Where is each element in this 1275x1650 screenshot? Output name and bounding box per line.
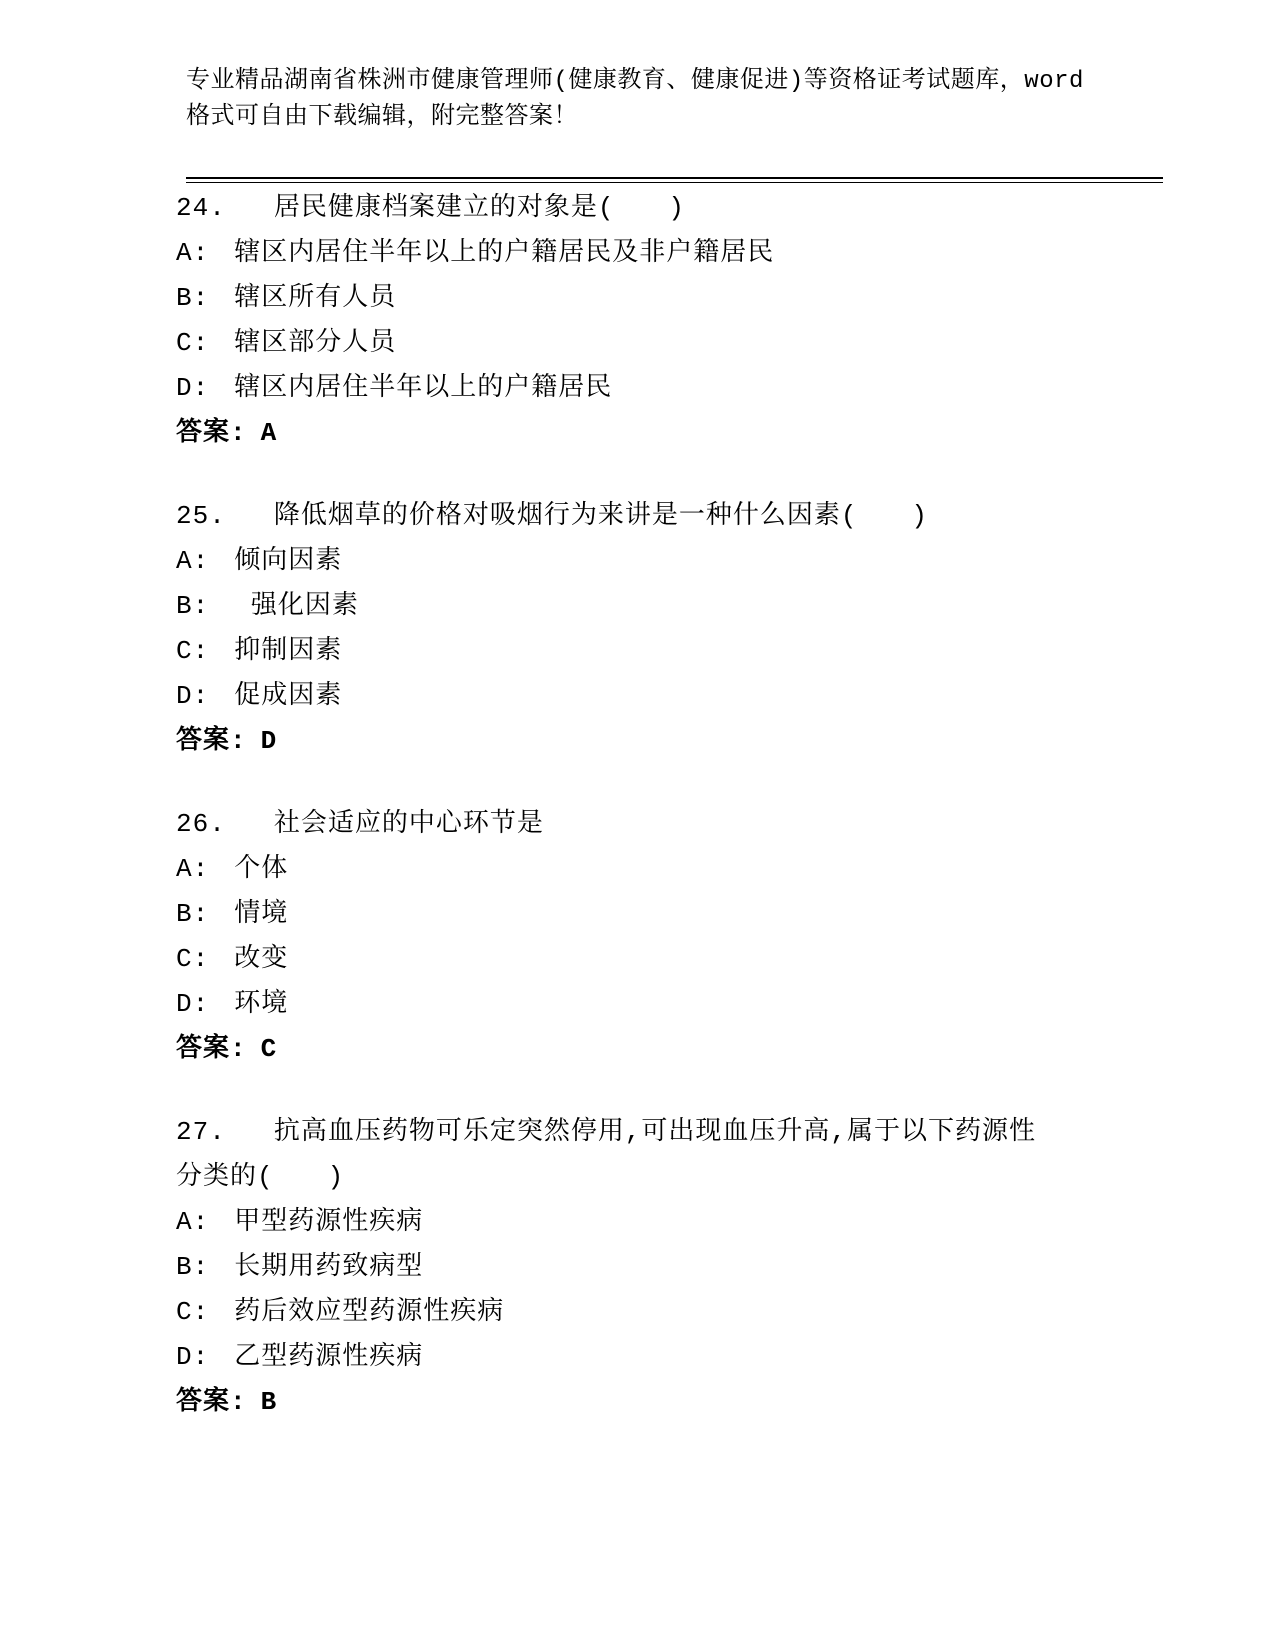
option-text: 长期用药致病型 xyxy=(234,1252,423,1282)
option-row-d: D:环境 xyxy=(176,982,1168,1027)
option-text: 辖区所有人员 xyxy=(234,283,396,313)
question-text: 居民健康档案建立的对象是( ) xyxy=(274,193,685,223)
option-row-b: B:辖区所有人员 xyxy=(176,276,1168,321)
answer-value: C xyxy=(261,1034,278,1064)
option-text: 甲型药源性疾病 xyxy=(234,1207,423,1237)
answer-label: 答案: xyxy=(176,726,247,756)
question-number: 27. xyxy=(176,1117,226,1147)
answer-value: B xyxy=(261,1387,278,1417)
option-text: 情境 xyxy=(234,899,288,929)
option-label: C: xyxy=(176,636,209,666)
option-text: 药后效应型药源性疾病 xyxy=(234,1297,504,1327)
page-header: 专业精品湖南省株洲市健康管理师(健康教育、健康促进)等资格证考试题库，word … xyxy=(186,64,1163,136)
question-text-continued: 分类的( ) xyxy=(176,1155,1168,1200)
header-line-1: 专业精品湖南省株洲市健康管理师(健康教育、健康促进)等资格证考试题库，word xyxy=(186,64,1163,100)
answer-label: 答案: xyxy=(176,418,247,448)
answer-row: 答案:A xyxy=(176,411,1168,456)
option-row-d: D:促成因素 xyxy=(176,674,1168,719)
question-block-25: 25.降低烟草的价格对吸烟行为来讲是一种什么因素( ) A:倾向因素 B: 强化… xyxy=(176,494,1168,764)
option-text: 辖区内居住半年以上的户籍居民 xyxy=(234,373,612,403)
answer-value: A xyxy=(261,418,278,448)
question-text: 社会适应的中心环节是 xyxy=(274,809,544,839)
option-row-c: C:改变 xyxy=(176,937,1168,982)
option-label: A: xyxy=(176,546,209,576)
option-text: 个体 xyxy=(234,854,288,884)
option-row-a: A:个体 xyxy=(176,847,1168,892)
option-label: B: xyxy=(176,283,209,313)
option-row-d: D:辖区内居住半年以上的户籍居民 xyxy=(176,366,1168,411)
question-line: 25.降低烟草的价格对吸烟行为来讲是一种什么因素( ) xyxy=(176,494,1168,539)
option-label: D: xyxy=(176,989,209,1019)
option-text: 辖区部分人员 xyxy=(234,328,396,358)
option-row-c: C:辖区部分人员 xyxy=(176,321,1168,366)
option-row-b: B:情境 xyxy=(176,892,1168,937)
question-line: 27.抗高血压药物可乐定突然停用,可出现血压升高,属于以下药源性 xyxy=(176,1110,1168,1155)
option-label: A: xyxy=(176,854,209,884)
question-number: 25. xyxy=(176,501,226,531)
question-list: 24.居民健康档案建立的对象是( ) A:辖区内居住半年以上的户籍居民及非户籍居… xyxy=(176,186,1168,1425)
option-text: 辖区内居住半年以上的户籍居民及非户籍居民 xyxy=(234,238,774,268)
option-label: B: xyxy=(176,1252,209,1282)
option-label: D: xyxy=(176,1342,209,1372)
option-row-c: C:药后效应型药源性疾病 xyxy=(176,1290,1168,1335)
question-line: 24.居民健康档案建立的对象是( ) xyxy=(176,186,1168,231)
option-row-b: B:长期用药致病型 xyxy=(176,1245,1168,1290)
answer-label: 答案: xyxy=(176,1034,247,1064)
option-row-a: A:甲型药源性疾病 xyxy=(176,1200,1168,1245)
header-line-2: 格式可自由下载编辑，附完整答案！ xyxy=(186,100,1163,136)
option-row-a: A:倾向因素 xyxy=(176,539,1168,584)
option-text: 改变 xyxy=(234,944,288,974)
answer-row: 答案:D xyxy=(176,719,1168,764)
option-row-b: B: 强化因素 xyxy=(176,584,1168,629)
option-text: 促成因素 xyxy=(234,681,342,711)
option-row-a: A:辖区内居住半年以上的户籍居民及非户籍居民 xyxy=(176,231,1168,276)
option-text: 环境 xyxy=(234,989,288,1019)
option-label: B: xyxy=(176,899,209,929)
question-number: 24. xyxy=(176,193,226,223)
question-text: 降低烟草的价格对吸烟行为来讲是一种什么因素( ) xyxy=(274,501,928,531)
question-number: 26. xyxy=(176,809,226,839)
question-text: 抗高血压药物可乐定突然停用,可出现血压升高,属于以下药源性 xyxy=(274,1117,1036,1147)
option-row-d: D:乙型药源性疾病 xyxy=(176,1335,1168,1380)
option-label: D: xyxy=(176,373,209,403)
question-block-27: 27.抗高血压药物可乐定突然停用,可出现血压升高,属于以下药源性 分类的( ) … xyxy=(176,1110,1168,1425)
option-text: 抑制因素 xyxy=(234,636,342,666)
header-divider xyxy=(186,177,1163,183)
option-label: A: xyxy=(176,238,209,268)
question-block-24: 24.居民健康档案建立的对象是( ) A:辖区内居住半年以上的户籍居民及非户籍居… xyxy=(176,186,1168,456)
answer-label: 答案: xyxy=(176,1387,247,1417)
answer-value: D xyxy=(261,726,278,756)
option-row-c: C:抑制因素 xyxy=(176,629,1168,674)
option-text: 乙型药源性疾病 xyxy=(234,1342,423,1372)
answer-row: 答案:C xyxy=(176,1027,1168,1072)
question-block-26: 26.社会适应的中心环节是 A:个体 B:情境 C:改变 D:环境 答案:C xyxy=(176,802,1168,1072)
option-label: D: xyxy=(176,681,209,711)
option-label: C: xyxy=(176,328,209,358)
option-text: 倾向因素 xyxy=(234,546,342,576)
option-text: 强化因素 xyxy=(234,591,359,621)
option-label: C: xyxy=(176,944,209,974)
option-label: B: xyxy=(176,591,209,621)
question-line: 26.社会适应的中心环节是 xyxy=(176,802,1168,847)
option-label: A: xyxy=(176,1207,209,1237)
option-label: C: xyxy=(176,1297,209,1327)
answer-row: 答案:B xyxy=(176,1380,1168,1425)
